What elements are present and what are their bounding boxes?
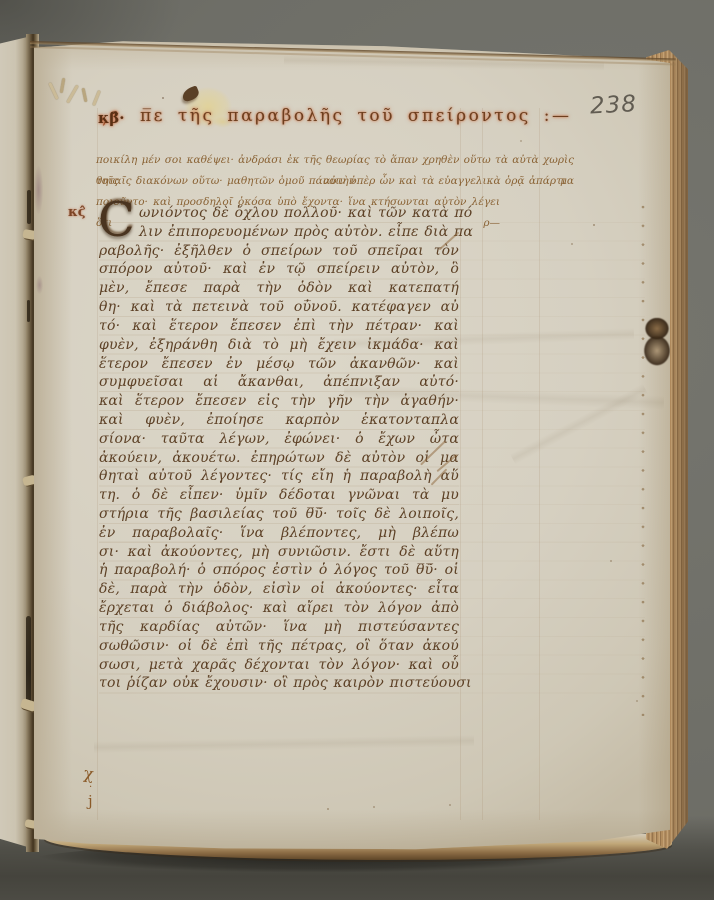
sewing-slit (27, 300, 30, 322)
text-line: τό· καὶ ἕτερον ἔπεσεν ἐπὶ τὴν πέτραν· κα… (99, 317, 459, 336)
text-line: καὶ φυὲν, ἐποίησε καρπὸν ἑκατονταπλα (99, 411, 459, 430)
quire-signature: χ · ϳ (78, 764, 108, 828)
quire-mark-top: χ (83, 763, 95, 783)
chapter-number: κβ̂· ʼ (98, 109, 124, 127)
facing-page-edge (0, 32, 28, 852)
text-line: ωνιόντος δὲ ὄχλου πολλοῦ· καὶ τῶν κατὰ π… (99, 204, 459, 223)
scholion-line: ποικίλη μέν σοι καθέψει· ἀνδράσι ἐκ τῆς … (96, 150, 574, 171)
text-line: σωσι, μετὰ χαρᾶς δέχονται τὸν λόγον· καὶ… (99, 656, 459, 675)
text-line: σι· καὶ ἀκούοντες, μὴ συνιῶσιν. ἔστι δὲ … (99, 543, 459, 562)
vertical-ruling (539, 108, 540, 820)
chapter-number-flourish: ʼ (102, 121, 106, 134)
sewing-slit (27, 190, 31, 224)
ink-blot-stain (644, 318, 670, 366)
gutter-stain (34, 166, 43, 214)
manuscript-page: 238 κβ̂· ʼ π̅ε τῆς παραβολῆς τοῦ σπείρον… (34, 38, 670, 850)
text-line: στήρια τῆς βασιλείας τοῦ θ̅ῦ̅· τοῖς δὲ λ… (99, 505, 459, 524)
text-line: φυὲν, ἐξηράνθη διὰ τὸ μὴ ἔχειν ἰκμάδα· κ… (99, 336, 459, 355)
text-line: σίονα· ταῦτα λέγων, ἐφώνει· ὁ ἔχων ὦτα (99, 430, 459, 449)
pricking-holes (641, 204, 645, 716)
main-text-block: ωνιόντος δὲ ὄχλου πολλοῦ· καὶ τῶν κατὰ π… (99, 204, 459, 693)
text-line: τη. ὁ δὲ εἶπεν· ὑμῖν δέδοται γνῶναι τὰ μ… (99, 486, 459, 505)
scholion-line: θηταῖς διακόνων οὕτω· μαθητῶν ὁμοῦ πάνοι… (96, 171, 566, 192)
text-line: σπόρον αὐτοῦ· καὶ ἐν τῷ σπείρειν αὐτὸν, … (99, 260, 459, 279)
text-line: ἕτερον ἔπεσεν ἐν μέσῳ τῶν ἀκανθῶν· καὶ (99, 355, 459, 374)
text-line: ἐν παραβολαῖς· ἵνα βλέποντες, μὴ βλέπω (99, 524, 459, 543)
manuscript-photo: 238 κβ̂· ʼ π̅ε τῆς παραβολῆς τοῦ σπείρον… (0, 0, 714, 900)
parchment-wrinkle (94, 735, 474, 754)
sewing-slit (26, 616, 31, 708)
text-line: μὲν, ἔπεσε παρὰ τὴν ὁδὸν καὶ κατεπατή (99, 279, 459, 298)
folio-number: 238 (589, 90, 650, 119)
text-line: ἡ παραβολή· ὁ σπόρος ἐστὶν ὁ λόγος τοῦ θ… (99, 561, 459, 580)
quire-mark-hook: ϳ (88, 792, 93, 810)
text-line: ἔρχεται ὁ διάβολος· καὶ αἴρει τὸν λόγον … (99, 599, 459, 618)
text-line: δὲ, παρὰ τὴν ὁδὸν, εἰσὶν οἱ ἀκούοντες· ε… (99, 580, 459, 599)
text-line: τοι ῥίζαν οὐκ ἔχουσιν· οἳ πρὸς καιρὸν πι… (99, 674, 459, 693)
text-line: θηταὶ αὐτοῦ λέγοντες· τίς εἴη ἡ παραβολὴ… (99, 467, 459, 486)
dirt-speckles (593, 224, 595, 226)
text-line: θη· καὶ τὰ πετεινὰ τοῦ οὐ̅νοῦ. κατέφαγεν… (99, 298, 459, 317)
text-line: τῆς καρδίας αὐτῶν· ἵνα μὴ πιστεύσαντες (99, 618, 459, 637)
text-line: λιν ἐπιπορευομένων πρὸς αὐτὸν. εἶπε διὰ … (99, 223, 459, 242)
gutter-stain (36, 276, 43, 294)
chapter-title: π̅ε τῆς παραβολῆς τοῦ σπείροντος :— (140, 106, 580, 126)
margin-ruling (459, 204, 645, 696)
text-line: ἀκούειν, ἀκουέτω. ἐπηρώτων δὲ αὐτὸν οἱ μ… (99, 449, 459, 468)
text-line: σωθῶσιν· οἱ δὲ ἐπὶ τῆς πέτρας, οἳ ὅταν ἀ… (99, 637, 459, 656)
text-line: συμφυεῖσαι αἱ ἄκανθαι, ἀπέπνιξαν αὐτό· (99, 373, 459, 392)
text-line: ραβολῆς· ἐξῆλθεν ὁ σπείρων τοῦ σπεῖραι τ… (99, 242, 459, 261)
margin-section-mark: κϛ̂ (68, 205, 86, 220)
text-line: καὶ ἕτερον ἔπεσεν εἰς τὴν γῆν τὴν ἀγαθήν… (99, 392, 459, 411)
